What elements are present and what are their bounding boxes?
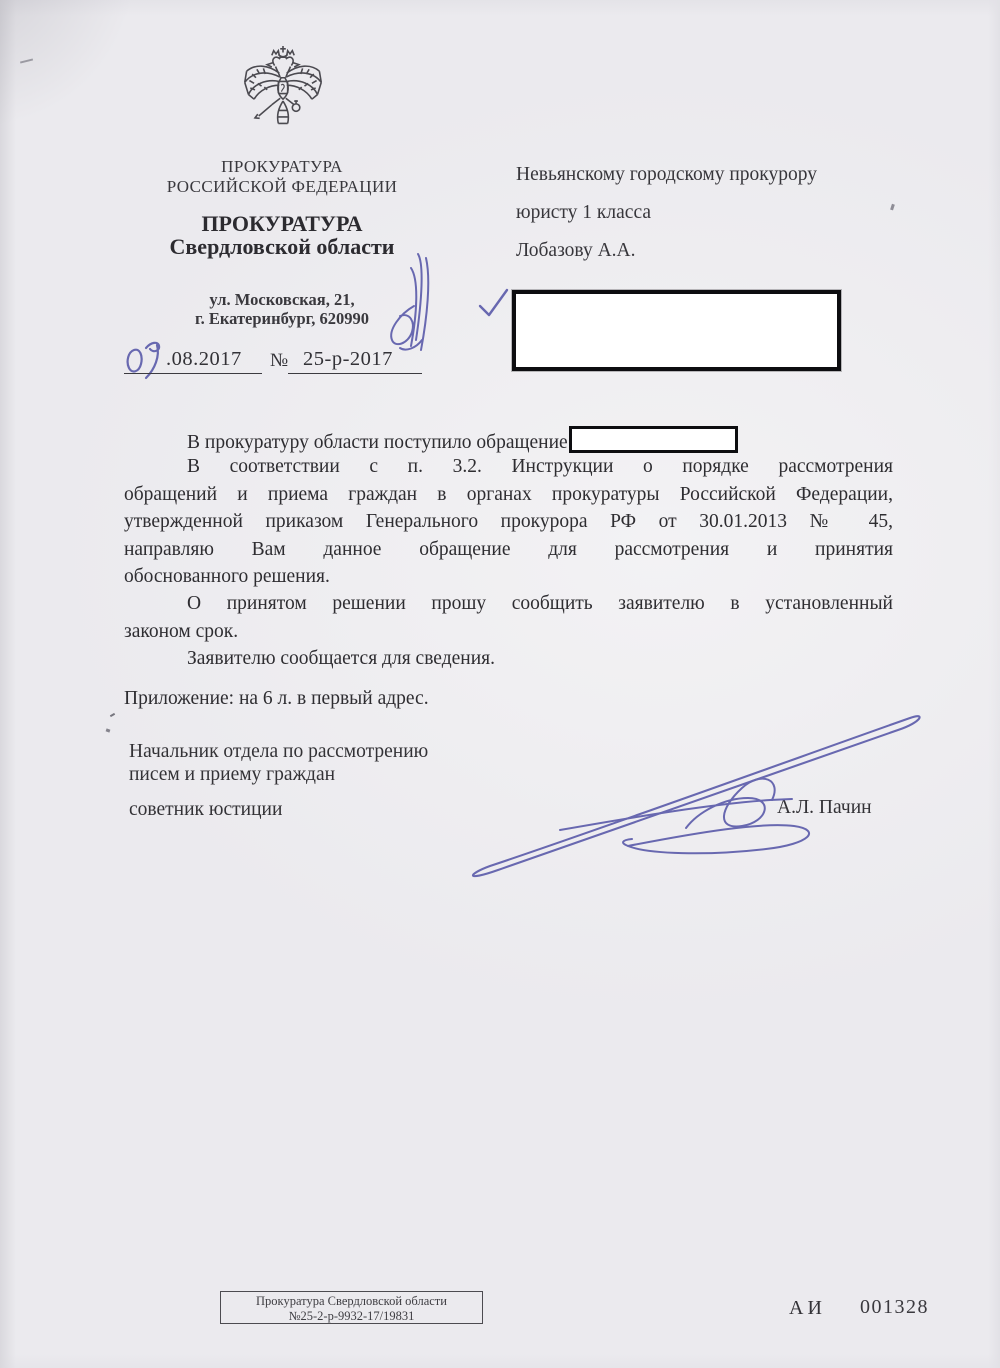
scan-artifact [106,728,111,732]
handwritten-date-day [124,336,170,384]
redaction-box-inline [569,426,738,453]
stamp-org: Прокуратура Свердловской области [221,1294,482,1309]
scan-artifact [20,58,33,63]
letterhead-federation-line1: ПРОКУРАТУРА [132,157,432,177]
body-line: В прокуратуру области поступило обращени… [124,426,893,453]
number-sign: № [270,350,288,372]
recipient-block: Невьянскому городскому прокурору юристу … [516,156,896,270]
body-line: обоснованного решения. [124,563,893,590]
redaction-box-large [512,290,841,371]
handwritten-checkmark-icon [476,284,512,320]
stamp-number: №25-2-р-9932-17/19831 [221,1309,482,1324]
letterhead-federation-line2: РОССИЙСКОЙ ФЕДЕРАЦИИ [132,177,432,197]
body-line: утвержденной приказом Генерального проку… [124,508,893,535]
number-underline [288,373,422,374]
body-line: В соответствии с п. 3.2. Инструкции о по… [124,453,893,480]
date-underline [124,373,262,374]
footer-form-number: 001328 [860,1296,929,1319]
recipient-rank: юристу 1 класса [516,194,896,232]
body-line: Заявителю сообщается для сведения. [124,645,893,672]
body-line-text: В прокуратуру области поступило обращени… [187,432,568,453]
scanned-letter-page: ПРОКУРАТУРА РОССИЙСКОЙ ФЕДЕРАЦИИ ПРОКУРА… [0,0,1000,1368]
coat-of-arms-icon [241,42,325,134]
signer-rank: советник юстиции [129,799,429,821]
body-line: обращений и приема граждан в органах про… [124,481,893,508]
registration-stamp-box: Прокуратура Свердловской области №25-2-р… [220,1291,483,1324]
handwritten-signature [450,698,960,888]
date-printed: .08.2017 [166,348,242,371]
recipient-name: Лобазову А.А. [516,232,896,270]
letterhead-federation: ПРОКУРАТУРА РОССИЙСКОЙ ФЕДЕРАЦИИ [132,157,432,197]
letter-body: В прокуратуру области поступило обращени… [124,426,893,712]
letterhead-office-line1: ПРОКУРАТУРА [132,212,432,235]
body-line: О принятом решении прошу сообщить заявит… [124,590,893,617]
body-line: законом срок. [124,618,893,645]
body-line: направляю Вам данное обращение для рассм… [124,536,893,563]
scan-artifact [110,713,115,717]
footer-series-code: АИ [789,1297,826,1320]
handwritten-initials [378,244,442,356]
recipient-position: Невьянскому городскому прокурору [516,156,896,194]
